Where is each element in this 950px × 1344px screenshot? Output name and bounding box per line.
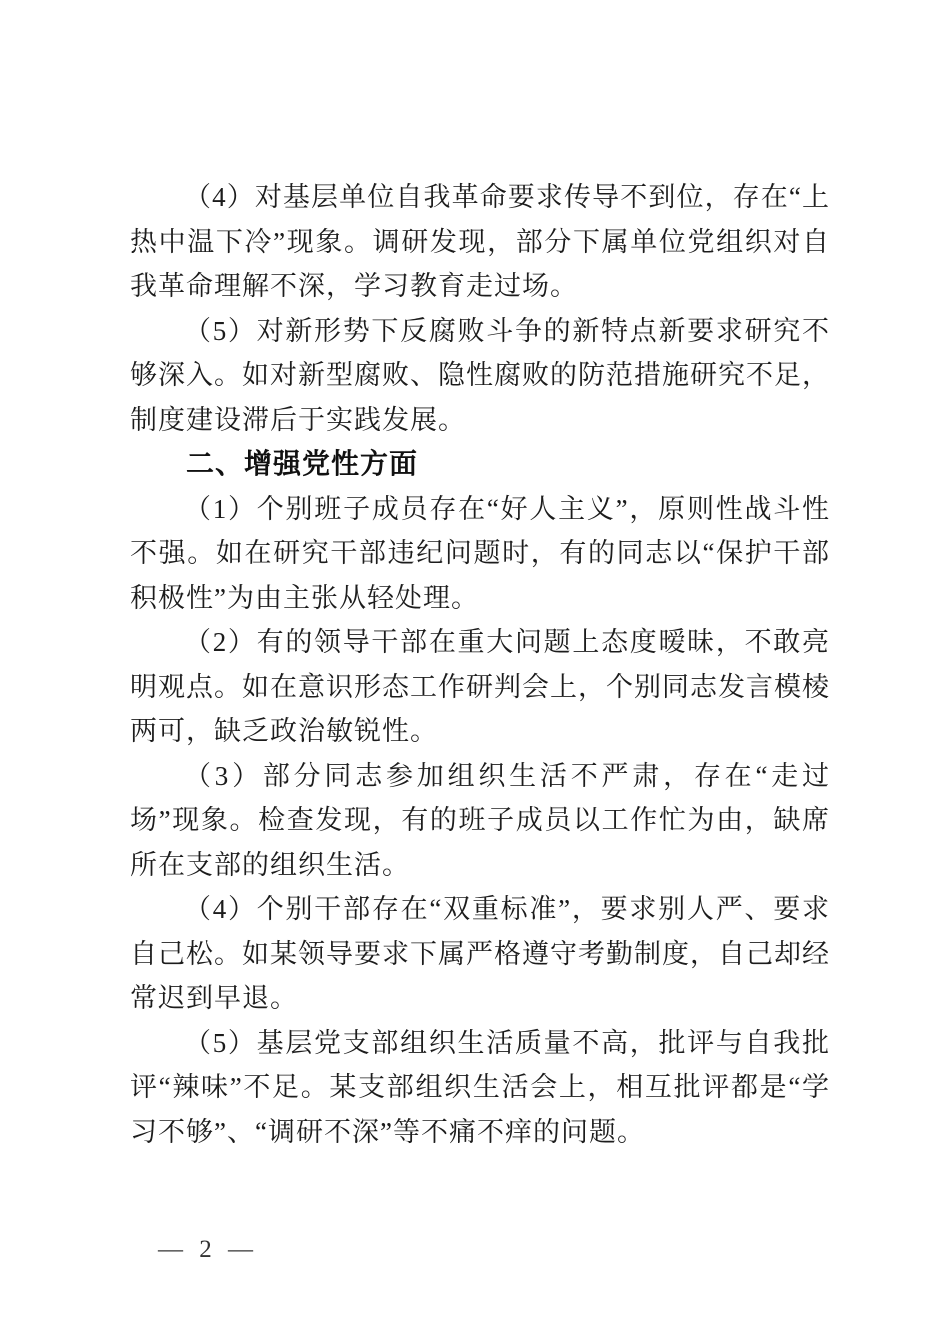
document-page: （4）对基层单位自我革命要求传导不到位，存在“上热中温下冷”现象。调研发现，部分… — [0, 0, 950, 1344]
paragraph-item-1-good-person-ism: （1）个别班子成员存在“好人主义”，原则性战斗性不强。如在研究干部违纪问题时，有… — [130, 487, 830, 621]
paragraph-item-5-anti-corruption: （5）对新形势下反腐败斗争的新特点新要求研究不够深入。如对新型腐败、隐性腐败的防… — [130, 309, 830, 443]
document-body: （4）对基层单位自我革命要求传导不到位，存在“上热中温下冷”现象。调研发现，部分… — [130, 175, 830, 1154]
paragraph-item-4-self-revolution: （4）对基层单位自我革命要求传导不到位，存在“上热中温下冷”现象。调研发现，部分… — [130, 175, 830, 309]
paragraph-item-4-double-standard: （4）个别干部存在“双重标准”，要求别人严、要求自己松。如某领导要求下属严格遵守… — [130, 887, 830, 1021]
paragraph-item-2-ambiguous-attitude: （2）有的领导干部在重大问题上态度暧昧，不敢亮明观点。如在意识形态工作研判会上，… — [130, 620, 830, 754]
paragraph-item-3-org-life: （3）部分同志参加组织生活不严肃，存在“走过场”现象。检查发现，有的班子成员以工… — [130, 754, 830, 888]
page-number: — 2 — — [158, 1236, 254, 1264]
section-heading-party-spirit: 二、增强党性方面 — [130, 442, 830, 487]
paragraph-item-5-criticism-quality: （5）基层党支部组织生活质量不高，批评与自我批评“辣味”不足。某支部组织生活会上… — [130, 1021, 830, 1155]
